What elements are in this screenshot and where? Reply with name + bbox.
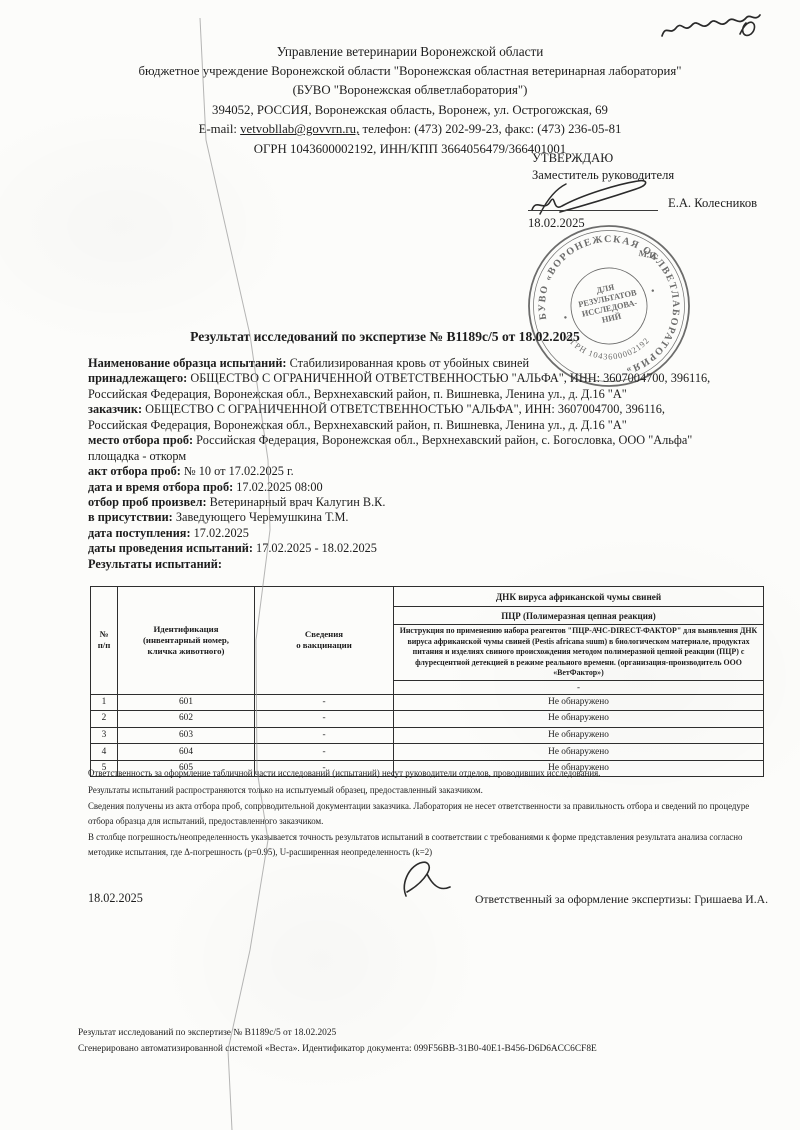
org-header: Управление ветеринарии Воронежской облас… — [56, 42, 764, 160]
detail-line: акт отбора проб: № 10 от 17.02.2025 г. — [88, 464, 800, 479]
results-table: № п/п Идентификация (инвентарный номер, … — [90, 586, 764, 777]
col-header-vaccination: Сведения о вакцинации — [255, 587, 394, 695]
sample-details-section: Наименование образца испытаний: Стабилиз… — [88, 356, 800, 572]
org-contacts-line: E-mail: vetvobllab@govvrn.ru, телефон: (… — [56, 120, 764, 140]
phone-fax: телефон: (473) 202-99-23, факс: (473) 23… — [362, 122, 621, 136]
footnote: Результаты испытаний распространяются то… — [88, 783, 766, 797]
signature-line — [528, 210, 658, 211]
handwritten-mark — [656, 6, 776, 46]
col-header-identification: Идентификация (инвентарный номер, кличка… — [118, 587, 255, 695]
email-address: vetvobllab@govvrn.ru, — [240, 122, 359, 136]
detail-line: в присутствии: Заведующего Черемушкина Т… — [88, 510, 800, 525]
detail-line: принадлежащего: ОБЩЕСТВО С ОГРАНИЧЕННОЙ … — [88, 371, 800, 386]
footer-expertise-ref: Результат исследований по экспертизе № В… — [78, 1026, 770, 1042]
document-title: Результат исследований по экспертизе № В… — [0, 329, 770, 345]
detail-line: дата и время отбора проб: 17.02.2025 08:… — [88, 480, 800, 495]
scanned-document-page: Управление ветеринарии Воронежской облас… — [0, 0, 800, 1130]
org-fullname-line: бюджетное учреждение Воронежской области… — [56, 62, 764, 82]
result-value: Не обнаружено — [394, 727, 764, 744]
table-row: 3 603 - Не обнаружено — [91, 727, 764, 744]
detail-line: место отбора проб: Российская Федерация,… — [88, 433, 800, 448]
email-label: E-mail: — [199, 122, 237, 136]
org-shortname-line: (БУВО "Воронежская облветлаборатория") — [56, 81, 764, 101]
footnotes-section: Ответственность за оформление табличной … — [88, 766, 766, 861]
result-value: Не обнаружено — [394, 744, 764, 761]
detail-line: Результаты испытаний: — [88, 557, 800, 572]
col-header-num: № п/п — [91, 587, 118, 695]
document-footer: Результат исследований по экспертизе № В… — [78, 1026, 770, 1057]
approver-name: Е.А. Колесников — [668, 196, 757, 211]
footnote: Ответственность за оформление табличной … — [88, 766, 766, 780]
col-header-pcr-method: ПЦР (Полимеразная цепная реакция) — [394, 607, 764, 625]
detail-line: дата поступления: 17.02.2025 — [88, 526, 800, 541]
col-header-sub: - — [394, 680, 764, 694]
footer-generated-id: Сгенерировано автоматизированной системо… — [78, 1042, 770, 1058]
approve-word: УТВЕРЖДАЮ — [532, 150, 674, 167]
detail-line: отбор проб произвел: Ветеринарный врач К… — [88, 495, 800, 510]
responsible-line: Ответственный за оформление экспертизы: … — [475, 893, 768, 906]
org-address-line: 394052, РОССИЯ, Воронежская область, Вор… — [56, 101, 764, 121]
detail-line: заказчик: ОБЩЕСТВО С ОГРАНИЧЕННОЙ ОТВЕТС… — [88, 402, 800, 417]
detail-line: даты проведения испытаний: 17.02.2025 - … — [88, 541, 800, 556]
document-date: 18.02.2025 — [88, 891, 143, 906]
result-value: Не обнаружено — [394, 694, 764, 711]
table-row: 4 604 - Не обнаружено — [91, 744, 764, 761]
svg-text:•: • — [650, 285, 655, 295]
detail-line: Российская Федерация, Воронежская обл., … — [88, 387, 800, 402]
footnote: Сведения получены из акта отбора проб, с… — [88, 799, 766, 827]
col-header-instruction: Инструкция по применению набора реагенто… — [394, 625, 764, 681]
svg-text:•: • — [563, 312, 568, 322]
table-row: 2 602 - Не обнаружено — [91, 711, 764, 728]
footnote: В столбце погрешность/неопределенность у… — [88, 830, 766, 858]
org-name-line: Управление ветеринарии Воронежской облас… — [56, 42, 764, 62]
detail-line: Российская Федерация, Воронежская обл., … — [88, 418, 800, 433]
mp-place-of-seal-mark: М.П. — [638, 248, 659, 261]
detail-line: Наименование образца испытаний: Стабилиз… — [88, 356, 800, 371]
detail-line: площадка - откорм — [88, 449, 800, 464]
col-header-dna-group: ДНК вируса африканской чумы свиней — [394, 587, 764, 607]
result-value: Не обнаружено — [394, 711, 764, 728]
table-row: 1 601 - Не обнаружено — [91, 694, 764, 711]
responsible-signature — [396, 858, 454, 900]
